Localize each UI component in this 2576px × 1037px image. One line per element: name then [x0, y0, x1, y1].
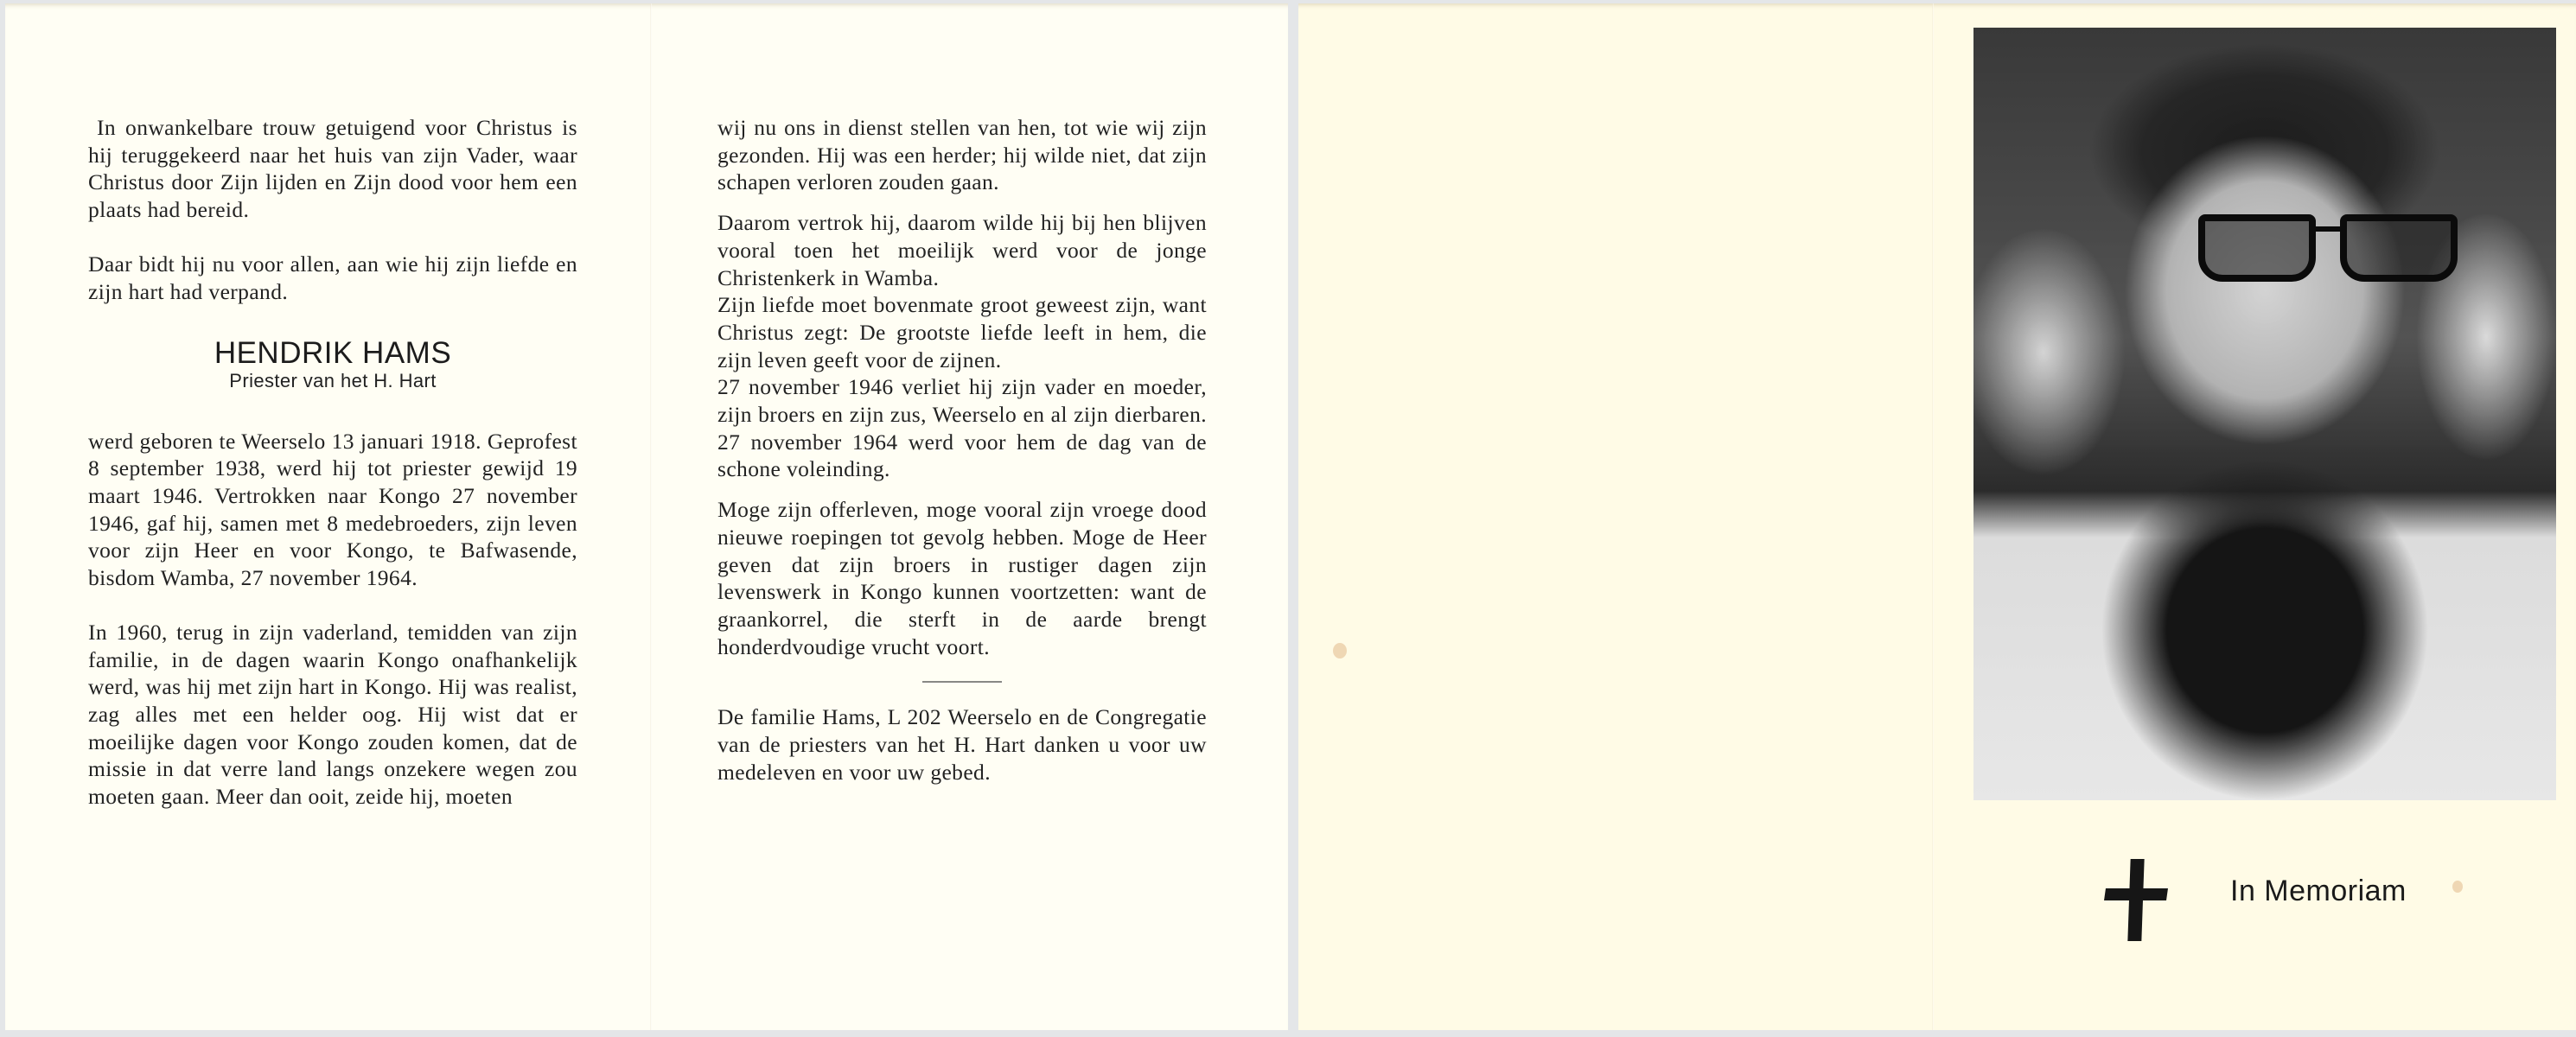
- body-paragraph: wij nu ons in dienst stellen van hen, to…: [717, 114, 1207, 196]
- body-paragraph: 27 november 1946 verliet hij zijn vader …: [717, 373, 1207, 483]
- closing-paragraph: De familie Hams, L 202 Weerselo en de Co…: [717, 703, 1207, 786]
- deceased-title: Priester van het H. Hart: [88, 367, 577, 395]
- inside-left-panel: In onwankelbare trouw getuigend voor Chr…: [5, 3, 650, 1030]
- glasses-detail: [2198, 214, 2458, 277]
- portrait-photo: [1973, 28, 2556, 800]
- separator-rule: [922, 681, 1002, 683]
- body-paragraph: Zijn liefde moet bovenmate groot geweest…: [717, 291, 1207, 373]
- paper-stain: [1333, 643, 1347, 658]
- right-column-text: wij nu ons in dienst stellen van hen, to…: [717, 114, 1207, 786]
- bio-paragraph: In 1960, terug in zijn vaderland, temidd…: [88, 619, 577, 811]
- inside-right-panel: wij nu ons in dienst stellen van hen, to…: [652, 3, 1288, 1030]
- fold-line: [1932, 3, 1934, 1030]
- bio-paragraph: werd geboren te Weerselo 13 januari 1918…: [88, 428, 577, 592]
- card-inside-spread: In onwankelbare trouw getuigend voor Chr…: [5, 3, 1288, 1030]
- card-outside-spread: In Memoriam: [1298, 3, 2576, 1030]
- body-paragraph: Moge zijn offerleven, moge vooral zijn v…: [717, 496, 1207, 660]
- intro-paragraph: In onwankelbare trouw getuigend voor Chr…: [88, 114, 577, 224]
- cross-icon: [2105, 859, 2167, 941]
- paper-stain: [2452, 881, 2463, 893]
- intro-paragraph: Daar bidt hij nu voor allen, aan wie hij…: [88, 251, 577, 305]
- deceased-name: HENDRIK HAMS: [88, 340, 577, 367]
- body-paragraph: Daarom vertrok hij, daarom wilde hij bij…: [717, 209, 1207, 291]
- left-column-text: In onwankelbare trouw getuigend voor Chr…: [88, 114, 577, 811]
- in-memoriam-caption: In Memoriam: [2230, 875, 2407, 908]
